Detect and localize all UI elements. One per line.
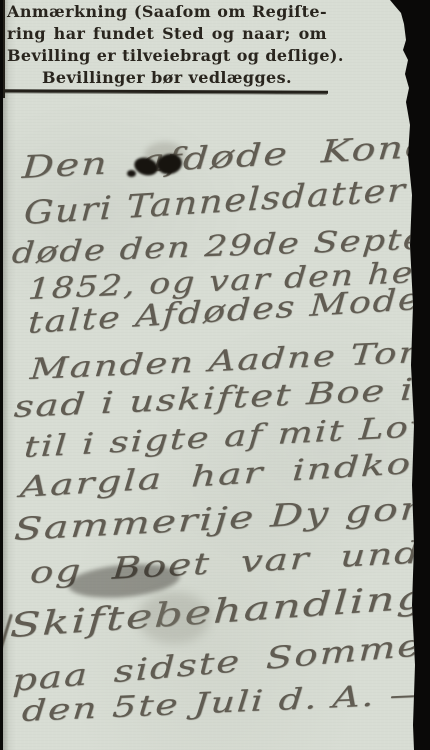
- printed-header: Anmærkning (Saaſom om Regiſte- ring har …: [7, 1, 327, 89]
- scanned-page-background: Anmærkning (Saaſom om Regiſte- ring har …: [0, 0, 430, 750]
- header-left-border: [2, 0, 5, 98]
- header-line: Bevillinger bør vedlægges.: [7, 67, 327, 89]
- header-line: Anmærkning (Saaſom om Regiſte-: [7, 1, 327, 23]
- paper-smudge: [138, 592, 210, 644]
- header-divider-rule: [3, 89, 328, 93]
- paper: Anmærkning (Saaſom om Regiſte- ring har …: [0, 0, 430, 750]
- header-line: Bevilling er tilveiebragt og deſlige).: [7, 45, 327, 67]
- header-line: ring har fundet Sted og naar; om: [7, 23, 327, 45]
- ink-blot: [127, 170, 136, 177]
